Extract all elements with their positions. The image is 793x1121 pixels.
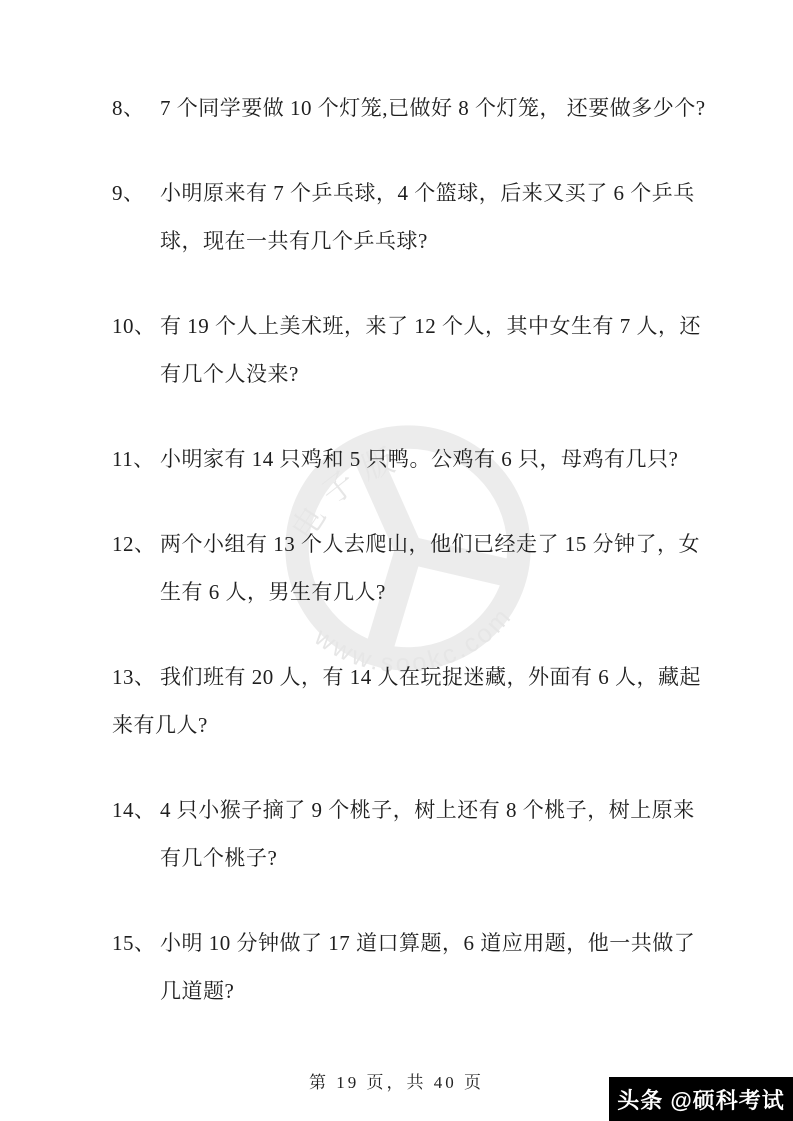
- problem-number: 9、: [112, 169, 145, 217]
- problem-line: 球，现在一共有几个乒乓球?: [160, 217, 717, 265]
- problem-line: 有几个人没来?: [160, 350, 717, 398]
- problem-line: 4 只小猴子摘了 9 个桃子，树上还有 8 个桃子，树上原来: [160, 786, 717, 834]
- problem-item: 12、两个小组有 13 个人去爬山，他们已经走了 15 分钟了，女生有 6 人，…: [112, 520, 717, 616]
- problem-item: 11、小明家有 14 只鸡和 5 只鸭。公鸡有 6 只，母鸡有几只?: [112, 435, 717, 483]
- problem-number: 11、: [112, 435, 155, 483]
- problem-item: 10、有 19 个人上美术班，来了 12 个人，其中女生有 7 人，还有几个人没…: [112, 302, 717, 398]
- worksheet-page: 电子版 www.sookc.com 8、7 个同学要做 10 个灯笼,已做好 8…: [0, 0, 793, 1121]
- problem-line: 来有几人?: [112, 701, 717, 749]
- problem-item: 9、小明原来有 7 个乒乓球，4 个篮球，后来又买了 6 个乒乓球，现在一共有几…: [112, 169, 717, 265]
- badge-label: 头条 @硕科考试: [617, 1084, 785, 1115]
- problem-number: 10、: [112, 302, 156, 350]
- problem-line: 小明家有 14 只鸡和 5 只鸭。公鸡有 6 只，母鸡有几只?: [160, 435, 717, 483]
- problem-item: 8、7 个同学要做 10 个灯笼,已做好 8 个灯笼， 还要做多少个?: [112, 84, 717, 132]
- problem-line: 小明 10 分钟做了 17 道口算题，6 道应用题，他一共做了: [160, 919, 717, 967]
- problem-line: 几道题?: [160, 967, 717, 1015]
- problem-line: 7 个同学要做 10 个灯笼,已做好 8 个灯笼， 还要做多少个?: [160, 84, 717, 132]
- badge: 头条 @硕科考试: [609, 1077, 793, 1121]
- problem-number: 13、: [112, 653, 156, 701]
- problem-line: 有 19 个人上美术班，来了 12 个人，其中女生有 7 人，还: [160, 302, 717, 350]
- problem-number: 15、: [112, 919, 156, 967]
- problem-line: 生有 6 人，男生有几人?: [160, 568, 717, 616]
- problem-line: 我们班有 20 人，有 14 人在玩捉迷藏，外面有 6 人，藏起: [160, 653, 717, 701]
- problem-item: 13、我们班有 20 人，有 14 人在玩捉迷藏，外面有 6 人，藏起来有几人?: [112, 653, 717, 749]
- problem-list: 8、7 个同学要做 10 个灯笼,已做好 8 个灯笼， 还要做多少个?9、小明原…: [112, 84, 717, 1052]
- problem-number: 14、: [112, 786, 156, 834]
- problem-item: 14、4 只小猴子摘了 9 个桃子，树上还有 8 个桃子，树上原来有几个桃子?: [112, 786, 717, 882]
- problem-item: 15、小明 10 分钟做了 17 道口算题，6 道应用题，他一共做了几道题?: [112, 919, 717, 1015]
- problem-number: 12、: [112, 520, 156, 568]
- problem-line: 两个小组有 13 个人去爬山，他们已经走了 15 分钟了，女: [160, 520, 717, 568]
- problem-line: 有几个桃子?: [160, 834, 717, 882]
- problem-number: 8、: [112, 84, 145, 132]
- problem-line: 小明原来有 7 个乒乓球，4 个篮球，后来又买了 6 个乒乓: [160, 169, 717, 217]
